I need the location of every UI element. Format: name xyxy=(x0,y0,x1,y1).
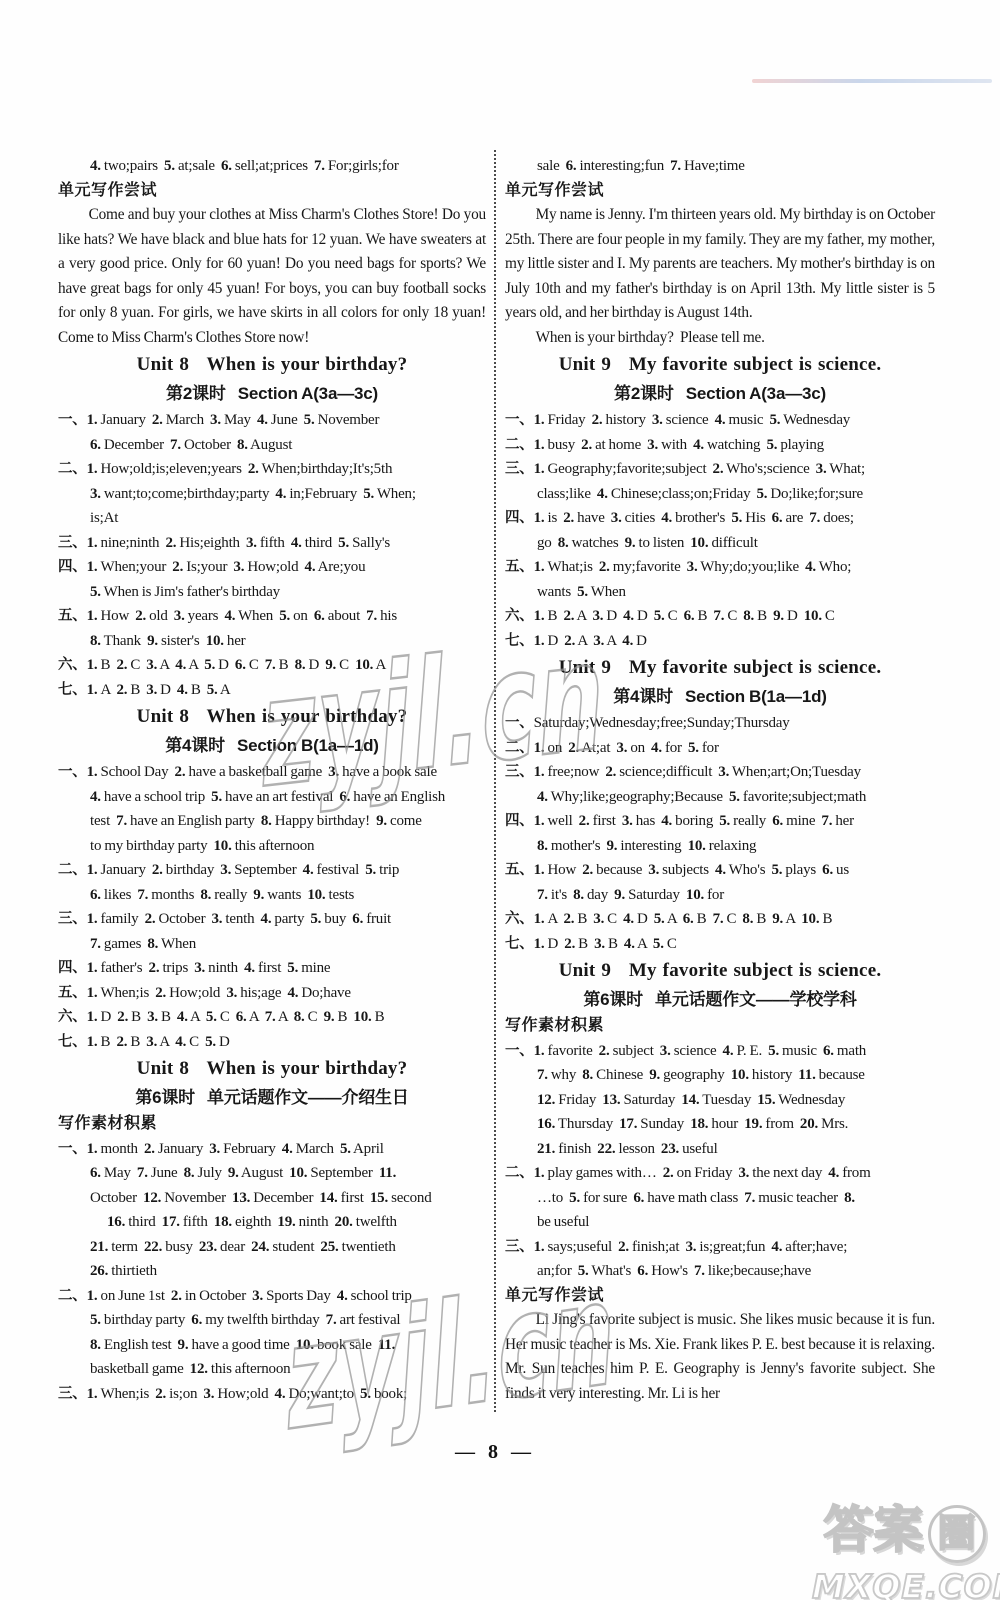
answer-line: 六、1. D 2. B 3. B 4. A 5. C 6. A 7. A 8. … xyxy=(58,1005,486,1030)
answer-line: 七、1. B 2. B 3. A 4. C 5. D xyxy=(58,1030,486,1055)
answer-line: 16. third 17. fifth 18. eighth 19. ninth… xyxy=(107,1210,486,1235)
answer-line: 一、1. Friday 2. history 3. science 4. mus… xyxy=(505,408,935,433)
section-heading: 第4课时 Section B(1a—1d) xyxy=(58,731,486,760)
answer-line: 六、1. B 2. A 3. D 4. D 5. C 6. B 7. C 8. … xyxy=(505,604,935,629)
answer-line: 7. games 8. When xyxy=(90,932,486,957)
answer-line: 三、1. free;now 2. science;difficult 3. Wh… xyxy=(505,760,935,785)
paragraph: Come and buy your clothes at Miss Charm'… xyxy=(58,203,486,350)
answer-line: 二、1. play games with… 2. on Friday 3. th… xyxy=(505,1161,935,1186)
answer-line: 一、1. favorite 2. subject 3. science 4. P… xyxy=(505,1039,935,1064)
left-column: 4. two;pairs 5. at;sale 6. sell;at;price… xyxy=(58,154,486,1406)
answer-line: 五、1. When;is 2. How;old 3. his;age 4. Do… xyxy=(58,981,486,1006)
answer-logo-site: MXQE.COM xyxy=(812,1567,997,1600)
section-heading: Unit 9 My favorite subject is science. xyxy=(505,350,935,379)
answer-line: 26. thirtieth xyxy=(90,1259,486,1284)
section-heading: Unit 9 My favorite subject is science. xyxy=(505,956,935,985)
answer-line: 六、1. A 2. B 3. C 4. D 5. A 6. B 7. C 8. … xyxy=(505,907,935,932)
section-heading: 第4课时 Section B(1a—1d) xyxy=(505,682,935,711)
section-label: 单元写作尝试 xyxy=(505,1284,935,1309)
answer-line: 3. want;to;come;birthday;party 4. in;Feb… xyxy=(90,482,486,507)
section-heading: Unit 9 My favorite subject is science. xyxy=(505,653,935,682)
answer-line: 21. term 22. busy 23. dear 24. student 2… xyxy=(90,1235,486,1260)
answer-line: 七、1. D 2. B 3. B 4. A 5. C xyxy=(505,932,935,957)
answer-line: go 8. watches 9. to listen 10. difficult xyxy=(537,531,935,556)
answer-line: 三、1. When;is 2. is;on 3. How;old 4. Do;w… xyxy=(58,1382,486,1407)
section-label: 写作素材积累 xyxy=(58,1112,486,1137)
answer-line: 四、1. father's 2. trips 3. ninth 4. first… xyxy=(58,956,486,981)
answer-line: 七、1. A 2. B 3. D 4. B 5. A xyxy=(58,678,486,703)
answer-line: 二、1. on 2. At;at 3. on 4. for 5. for xyxy=(505,736,935,761)
scanned-answer-page: 4. two;pairs 5. at;sale 6. sell;at;price… xyxy=(0,0,1000,1600)
answer-logo-text: 答案圈 xyxy=(812,1502,997,1563)
answer-line: 6. likes 7. months 8. really 9. wants 10… xyxy=(90,883,486,908)
answer-line: 四、1. well 2. first 3. has 4. boring 5. r… xyxy=(505,809,935,834)
answer-line: 一、Saturday;Wednesday;free;Sunday;Thursda… xyxy=(505,711,935,736)
answer-line: is;At xyxy=(90,506,486,531)
answer-line: basketball game 12. this afternoon xyxy=(90,1357,486,1382)
page-number: — 8 — xyxy=(420,1441,570,1464)
answer-line: 三、1. says;useful 2. finish;at 3. is;grea… xyxy=(505,1235,935,1260)
answer-line: 五、1. How 2. because 3. subjects 4. Who's… xyxy=(505,858,935,883)
answer-line: class;like 4. Chinese;class;on;Friday 5.… xyxy=(537,482,935,507)
answer-line: 五、1. How 2. old 3. years 4. When 5. on 6… xyxy=(58,604,486,629)
answer-line: 12. Friday 13. Saturday 14. Tuesday 15. … xyxy=(537,1088,935,1113)
section-heading: Unit 8 When is your birthday? xyxy=(58,702,486,731)
answer-line: October 12. November 13. December 14. fi… xyxy=(90,1186,486,1211)
paragraph: My name is Jenny. I'm thirteen years old… xyxy=(505,203,935,326)
section-label: 单元写作尝试 xyxy=(505,179,935,204)
answer-line: 5. birthday party 6. my twelfth birthday… xyxy=(90,1308,486,1333)
answer-line: 七、1. D 2. A 3. A 4. D xyxy=(505,629,935,654)
answer-line: to my birthday party 10. this afternoon xyxy=(90,834,486,859)
answer-line: 8. mother's 9. interesting 10. relaxing xyxy=(537,834,935,859)
answer-line: 四、1. When;your 2. Is;your 3. How;old 4. … xyxy=(58,555,486,580)
paragraph: When is your birthday? Please tell me. xyxy=(505,326,935,351)
answer-line: 六、1. B 2. C 3. A 4. A 5. D 6. C 7. B 8. … xyxy=(58,653,486,678)
section-heading: 第6课时 单元话题作文——介绍生日 xyxy=(58,1083,486,1112)
answer-line: 7. it's 8. day 9. Saturday 10. for xyxy=(537,883,935,908)
answer-line: 4. have a school trip 5. have an art fes… xyxy=(90,785,486,810)
right-column: sale 6. interesting;fun 7. Have;time单元写作… xyxy=(505,154,935,1406)
column-divider xyxy=(494,150,496,1412)
answer-line: test 7. have an English party 8. Happy b… xyxy=(90,809,486,834)
answer-line: 16. Thursday 17. Sunday 18. hour 19. fro… xyxy=(537,1112,935,1137)
answer-line: sale 6. interesting;fun 7. Have;time xyxy=(537,154,935,179)
answer-line: 6. May 7. June 8. July 9. August 10. Sep… xyxy=(90,1161,486,1186)
answer-line: 二、1. on June 1st 2. in October 3. Sports… xyxy=(58,1284,486,1309)
answer-line: wants 5. When xyxy=(537,580,935,605)
section-heading: 第6课时 单元话题作文——学校学科 xyxy=(505,985,935,1014)
circled-character: 圈 xyxy=(928,1505,986,1563)
answer-line: 8. Thank 9. sister's 10. her xyxy=(90,629,486,654)
answer-line: an;for 5. What's 6. How's 7. like;becaus… xyxy=(537,1259,935,1284)
answer-line: 一、1. January 2. March 3. May 4. June 5. … xyxy=(58,408,486,433)
section-label: 写作素材积累 xyxy=(505,1014,935,1039)
answer-line: 一、1. School Day 2. have a basketball gam… xyxy=(58,760,486,785)
answer-line: 6. December 7. October 8. August xyxy=(90,433,486,458)
watermark-answer-logo: 答案圈 MXQE.COM xyxy=(812,1502,997,1600)
answer-line: 5. When is Jim's father's birthday xyxy=(90,580,486,605)
scan-artifact-line xyxy=(752,79,992,83)
answer-line: 7. why 8. Chinese 9. geography 10. histo… xyxy=(537,1063,935,1088)
answer-line: 三、1. family 2. October 3. tenth 4. party… xyxy=(58,907,486,932)
answer-line: 二、1. How;old;is;eleven;years 2. When;bir… xyxy=(58,457,486,482)
answer-line: 四、1. is 2. have 3. cities 4. brother's 5… xyxy=(505,506,935,531)
section-label: 单元写作尝试 xyxy=(58,179,486,204)
answer-line: 二、1. busy 2. at home 3. with 4. watching… xyxy=(505,433,935,458)
answer-line: 三、1. Geography;favorite;subject 2. Who's… xyxy=(505,457,935,482)
section-heading: Unit 8 When is your birthday? xyxy=(58,1054,486,1083)
answer-line: 五、1. What;is 2. my;favorite 3. Why;do;yo… xyxy=(505,555,935,580)
answer-line: 21. finish 22. lesson 23. useful xyxy=(537,1137,935,1162)
answer-line: 4. Why;like;geography;Because 5. favorit… xyxy=(537,785,935,810)
answer-line: be useful xyxy=(537,1210,935,1235)
answer-line: …to 5. for sure 6. have math class 7. mu… xyxy=(537,1186,935,1211)
answer-line: 一、1. month 2. January 3. February 4. Mar… xyxy=(58,1137,486,1162)
answer-line: 三、1. nine;ninth 2. His;eighth 3. fifth 4… xyxy=(58,531,486,556)
answer-line: 4. two;pairs 5. at;sale 6. sell;at;price… xyxy=(90,154,486,179)
section-heading: 第2课时 Section A(3a—3c) xyxy=(58,379,486,408)
paragraph: Li Jing's favorite subject is music. She… xyxy=(505,1308,935,1406)
answer-line: 8. English test 9. have a good time 10. … xyxy=(90,1333,486,1358)
section-heading: 第2课时 Section A(3a—3c) xyxy=(505,379,935,408)
section-heading: Unit 8 When is your birthday? xyxy=(58,350,486,379)
answer-line: 二、1. January 2. birthday 3. September 4.… xyxy=(58,858,486,883)
